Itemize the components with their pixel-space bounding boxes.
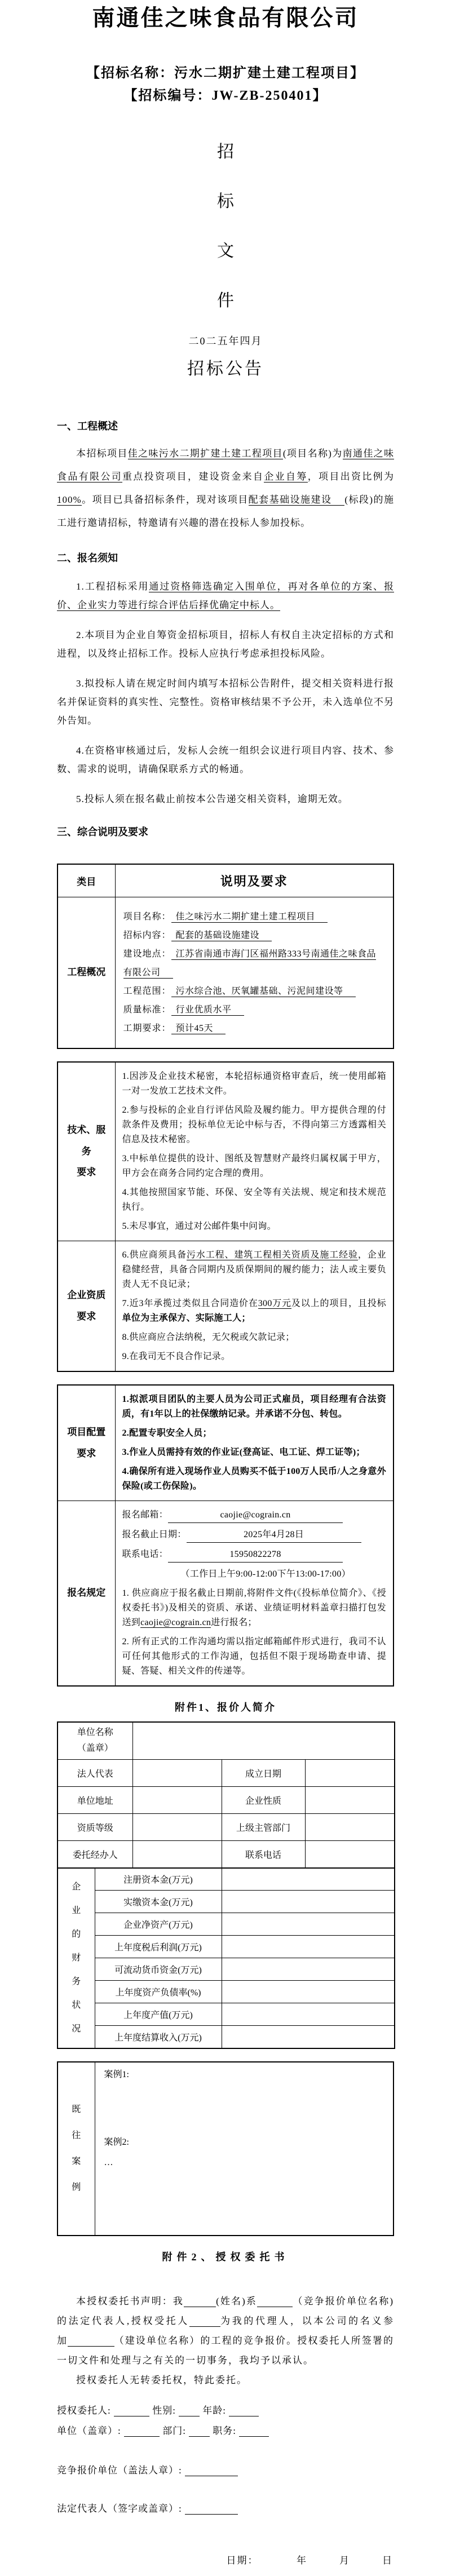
section1-heading: 一、工程概述 — [57, 418, 394, 434]
signup-rule-item: 2. 所有正式的工作沟通均需以指定邮箱邮件形式进行，我司不认可任何其他形式的工作… — [122, 1635, 387, 1679]
pair-label: 联系电话 — [222, 1841, 305, 1868]
unit-name-label: 单位名称 （盖章） — [58, 1722, 132, 1760]
pair-label: 企业性质 — [222, 1787, 305, 1814]
notice-item: 2.本项目为企业自筹资金招标项目，招标人有权自主决定招标的方式和进程，以及终止招… — [57, 626, 394, 663]
section3-heading: 三、综合说明及要求 — [57, 824, 394, 840]
past-cases-label: 既 往 案 例 — [58, 2062, 95, 2236]
field-quality: 质量标准：行业优质水平 — [123, 1001, 386, 1019]
pair-label: 上级主管部门 — [222, 1814, 305, 1841]
req-item: 2.配置专职安全人员； — [122, 1426, 387, 1441]
section1-paragraph: 本招标项目佳之味污水二期扩建土建工程项目(项目名称)为南通佳之味食品有限公司重点… — [57, 442, 394, 534]
pair-label: 单位地址 — [58, 1787, 132, 1814]
pair-label: 资质等级 — [58, 1814, 132, 1841]
tender-name-line: 【招标名称：污水二期扩建土建工程项目】 — [57, 63, 394, 83]
spec-table-project: 项目配置 要求 1.拟派项目团队的主要人员为公司正式雇员，项目经理有合法资质，有… — [57, 1384, 394, 1687]
pair-label: 法人代表 — [58, 1760, 132, 1787]
signup-email-line: 报名邮箱：caojie@cograin.cn — [122, 1508, 387, 1523]
notice-item: 5.投标人须在报名截止前按本公告递交相关资料，逾期无效。 — [57, 790, 394, 808]
req-item: 6.供应商须具备污水工程、建筑工程相关资质及施工经验，企业稳健经营，具备合同期内… — [122, 1248, 387, 1292]
form-line-agent: 授权委托人: 性别: 年龄: — [57, 2402, 394, 2419]
blank-cell — [305, 1787, 395, 1814]
blank-cell — [222, 1958, 395, 1981]
past-cases-cell: 案例1: 案例2: … — [95, 2062, 393, 2236]
form-line-bid-unit-seal: 竞争报价单位（盖法人章）: — [57, 2462, 394, 2479]
req-item: 3.作业人员需持有效的作业证(登高证、电工证、焊工证等)； — [122, 1445, 387, 1460]
blank-cell — [222, 1891, 395, 1913]
signup-rule-item: 1. 供应商应于报名截止日期前,将附件文件(《投标单位简介》、《授权委托书》)及… — [122, 1586, 387, 1630]
blank-cell — [132, 1760, 222, 1787]
blank-cell — [222, 1936, 395, 1958]
overview-fields-cell: 项目名称：佳之味污水二期扩建土建工程项目 招标内容：配套的基础设施建设 建设地点… — [115, 897, 393, 1048]
blank-cell — [132, 1787, 222, 1814]
date-line: 日期： 年 月 日 — [57, 2553, 394, 2568]
blank-cell — [222, 2026, 395, 2048]
blank-cell — [132, 1841, 222, 1868]
spec-table-overview: 类目 说明及要求 工程概况 项目名称：佳之味污水二期扩建土建工程项目 招标内容：… — [57, 864, 394, 1049]
form-line-legal-rep-sign: 法定代表人（签字或盖章）: — [57, 2500, 394, 2517]
announcement-title: 招标公告 — [57, 356, 394, 382]
req-item: 4.确保所有进入现场作业人员购买不低于100万人民币/人之身意外保险(或工伤保险… — [122, 1464, 387, 1494]
req-item: 2.参与投标的企业自行评估风险及履约能力。甲方提供合理的付款条件及费用；投标单位… — [122, 1103, 387, 1147]
finance-row-label: 企业净资产(万元) — [95, 1913, 222, 1936]
qualification-cell: 6.供应商须具备污水工程、建筑工程相关资质及施工经验，企业稳健经营，具备合同期内… — [115, 1241, 393, 1371]
blank-cell — [132, 1814, 222, 1841]
finance-table: 企 业 的 财 务 状 况 注册资本金(万元) 实缴资本金(万元) 企业净资产(… — [57, 1867, 395, 2049]
finance-row-label: 注册资本金(万元) — [95, 1868, 222, 1891]
pair-label: 成立日期 — [222, 1760, 305, 1787]
req-item: 1.因涉及企业技术秘密，本轮招标通资格审查后，统一使用邮箱一对一发放工艺技术文件… — [122, 1069, 387, 1099]
case-line: 案例1: — [104, 2068, 384, 2082]
notice-item: 3.拟投标人请在规定时间内填写本招标公告附件，提交相关资料进行报名并保证资料的真… — [57, 674, 394, 730]
cover-date: 二0二五年四月 — [57, 334, 394, 348]
overview-row-label: 工程概况 — [58, 897, 115, 1048]
field-location: 建设地点：江苏省南通市海门区福州路333号南通佳之味食品有限公司 — [123, 945, 386, 982]
authorization-closing: 授权委托人无转委托权，特此委托。 — [57, 2370, 394, 2390]
tender-number-line: 【招标编号：JW-ZB-250401】 — [57, 86, 394, 106]
spec-table-requirements: 技术、服务 要求 1.因涉及企业技术秘密，本轮招标通资格审查后，统一使用邮箱一对… — [57, 1061, 394, 1372]
req-item: 7.近3年承揽过类似且合同造价在300万元及以上的项目，且投标单位为主承保方、实… — [122, 1296, 387, 1326]
blank-cell — [222, 1981, 395, 2003]
signup-phone-line: 联系电话：15950822278 — [122, 1547, 387, 1563]
vertical-doc-title: 招 标 文 件 — [57, 127, 394, 326]
tech-service-label: 技术、服务 要求 — [58, 1062, 115, 1241]
finance-row-label: 上年度产值(万元) — [95, 2003, 222, 2026]
blank-cell — [305, 1814, 395, 1841]
req-item: 8.供应商应合法纳税，无欠税或欠款记录； — [122, 1330, 387, 1345]
finance-row-label: 上年度结算收入(万元) — [95, 2026, 222, 2048]
signup-rules-label: 报名规定 — [58, 1501, 115, 1686]
project-config-cell: 1.拟派项目团队的主要人员为公司正式雇员，项目经理有合法资质，有1年以上的社保缴… — [115, 1385, 393, 1501]
document-page: 南通佳之味食品有限公司 【招标名称：污水二期扩建土建工程项目】 【招标编号：JW… — [57, 0, 394, 2576]
bidder-info-table: 单位名称 （盖章） 法人代表 成立日期 单位地址 企业性质 资质等级 上级主管部… — [57, 1721, 395, 1869]
req-item: 5.未尽事宜，通过对公邮件集中问询。 — [122, 1219, 387, 1234]
authorization-paragraph: 本授权委托书声明：我 (姓名)系 （竞争报价单位名称)的法定代表人,授权受托人 … — [57, 2291, 394, 2370]
attachment2-heading: 附件2、授权委托书 — [57, 2250, 394, 2264]
pair-label: 委托经办人 — [58, 1841, 132, 1868]
finance-row-label: 上年度税后利润(万元) — [95, 1936, 222, 1958]
signup-deadline-line: 报名截止日期：2025年4月28日 — [122, 1528, 387, 1543]
field-tender-content: 招标内容：配套的基础设施建设 — [123, 926, 386, 945]
signup-rules-cell: 报名邮箱：caojie@cograin.cn 报名截止日期：2025年4月28日… — [115, 1501, 393, 1686]
qualification-label: 企业资质 要求 — [58, 1241, 115, 1371]
req-item: 9.在我司无不良合作记录。 — [122, 1349, 387, 1364]
case-line: … — [104, 2156, 384, 2170]
field-scope: 工程范围：污水综合池、厌氧罐基础、污泥间建设等 — [123, 982, 386, 1001]
finance-row-label: 可流动货币资金(万元) — [95, 1958, 222, 1981]
section2-heading: 二、报名须知 — [57, 550, 394, 566]
notice-item: 4.在资格审核通过后，发标人会统一组织会议进行项目内容、技术、参数、需求的说明，… — [57, 741, 394, 778]
tech-service-cell: 1.因涉及企业技术秘密，本轮招标通资格审查后，统一使用邮箱一对一发放工艺技术文件… — [115, 1062, 393, 1241]
blank-cell — [305, 1841, 395, 1868]
req-item: 1.拟派项目团队的主要人员为公司正式雇员，项目经理有合法资质，有1年以上的社保缴… — [122, 1392, 387, 1422]
signup-hours-line: （工作日上午9:00-12:00下午13:00-17:00） — [122, 1567, 387, 1582]
blank-cell — [305, 1760, 395, 1787]
finance-row-label: 实缴资本金(万元) — [95, 1891, 222, 1913]
company-title: 南通佳之味食品有限公司 — [57, 5, 394, 32]
col-header-category: 类目 — [58, 864, 115, 897]
past-cases-table: 既 往 案 例 案例1: 案例2: … — [57, 2061, 394, 2236]
req-item: 3.中标单位提供的设计、图纸及智慧财产最终归属权属于甲方，甲方会在商务合同约定合… — [122, 1152, 387, 1181]
blank-cell — [222, 2003, 395, 2026]
blank-cell — [132, 1722, 395, 1760]
attachment1-heading: 附件1、报价人简介 — [57, 1700, 394, 1715]
blank-cell — [222, 1868, 395, 1891]
notice-item: 1.工程招标采用通过资格筛选确定入围单位，再对各单位的方案、报价、企业实力等进行… — [57, 577, 394, 614]
field-duration: 工期要求：预计45天 — [123, 1019, 386, 1038]
blank-cell — [222, 1913, 395, 1936]
field-project-name: 项目名称：佳之味污水二期扩建土建工程项目 — [123, 908, 386, 926]
project-config-label: 项目配置 要求 — [58, 1385, 115, 1501]
form-line-unit: 单位（盖章）: 部门: 职务: — [57, 2423, 394, 2440]
finance-row-label: 上年度资产负债率(%) — [95, 1981, 222, 2003]
finance-section-label: 企 业 的 财 务 状 况 — [58, 1868, 95, 2048]
req-item: 4.其他按照国家节能、环保、安全等有关法规、规定和技术规范执行。 — [122, 1185, 387, 1215]
case-line: 案例2: — [104, 2136, 384, 2149]
col-header-description: 说明及要求 — [115, 864, 393, 897]
